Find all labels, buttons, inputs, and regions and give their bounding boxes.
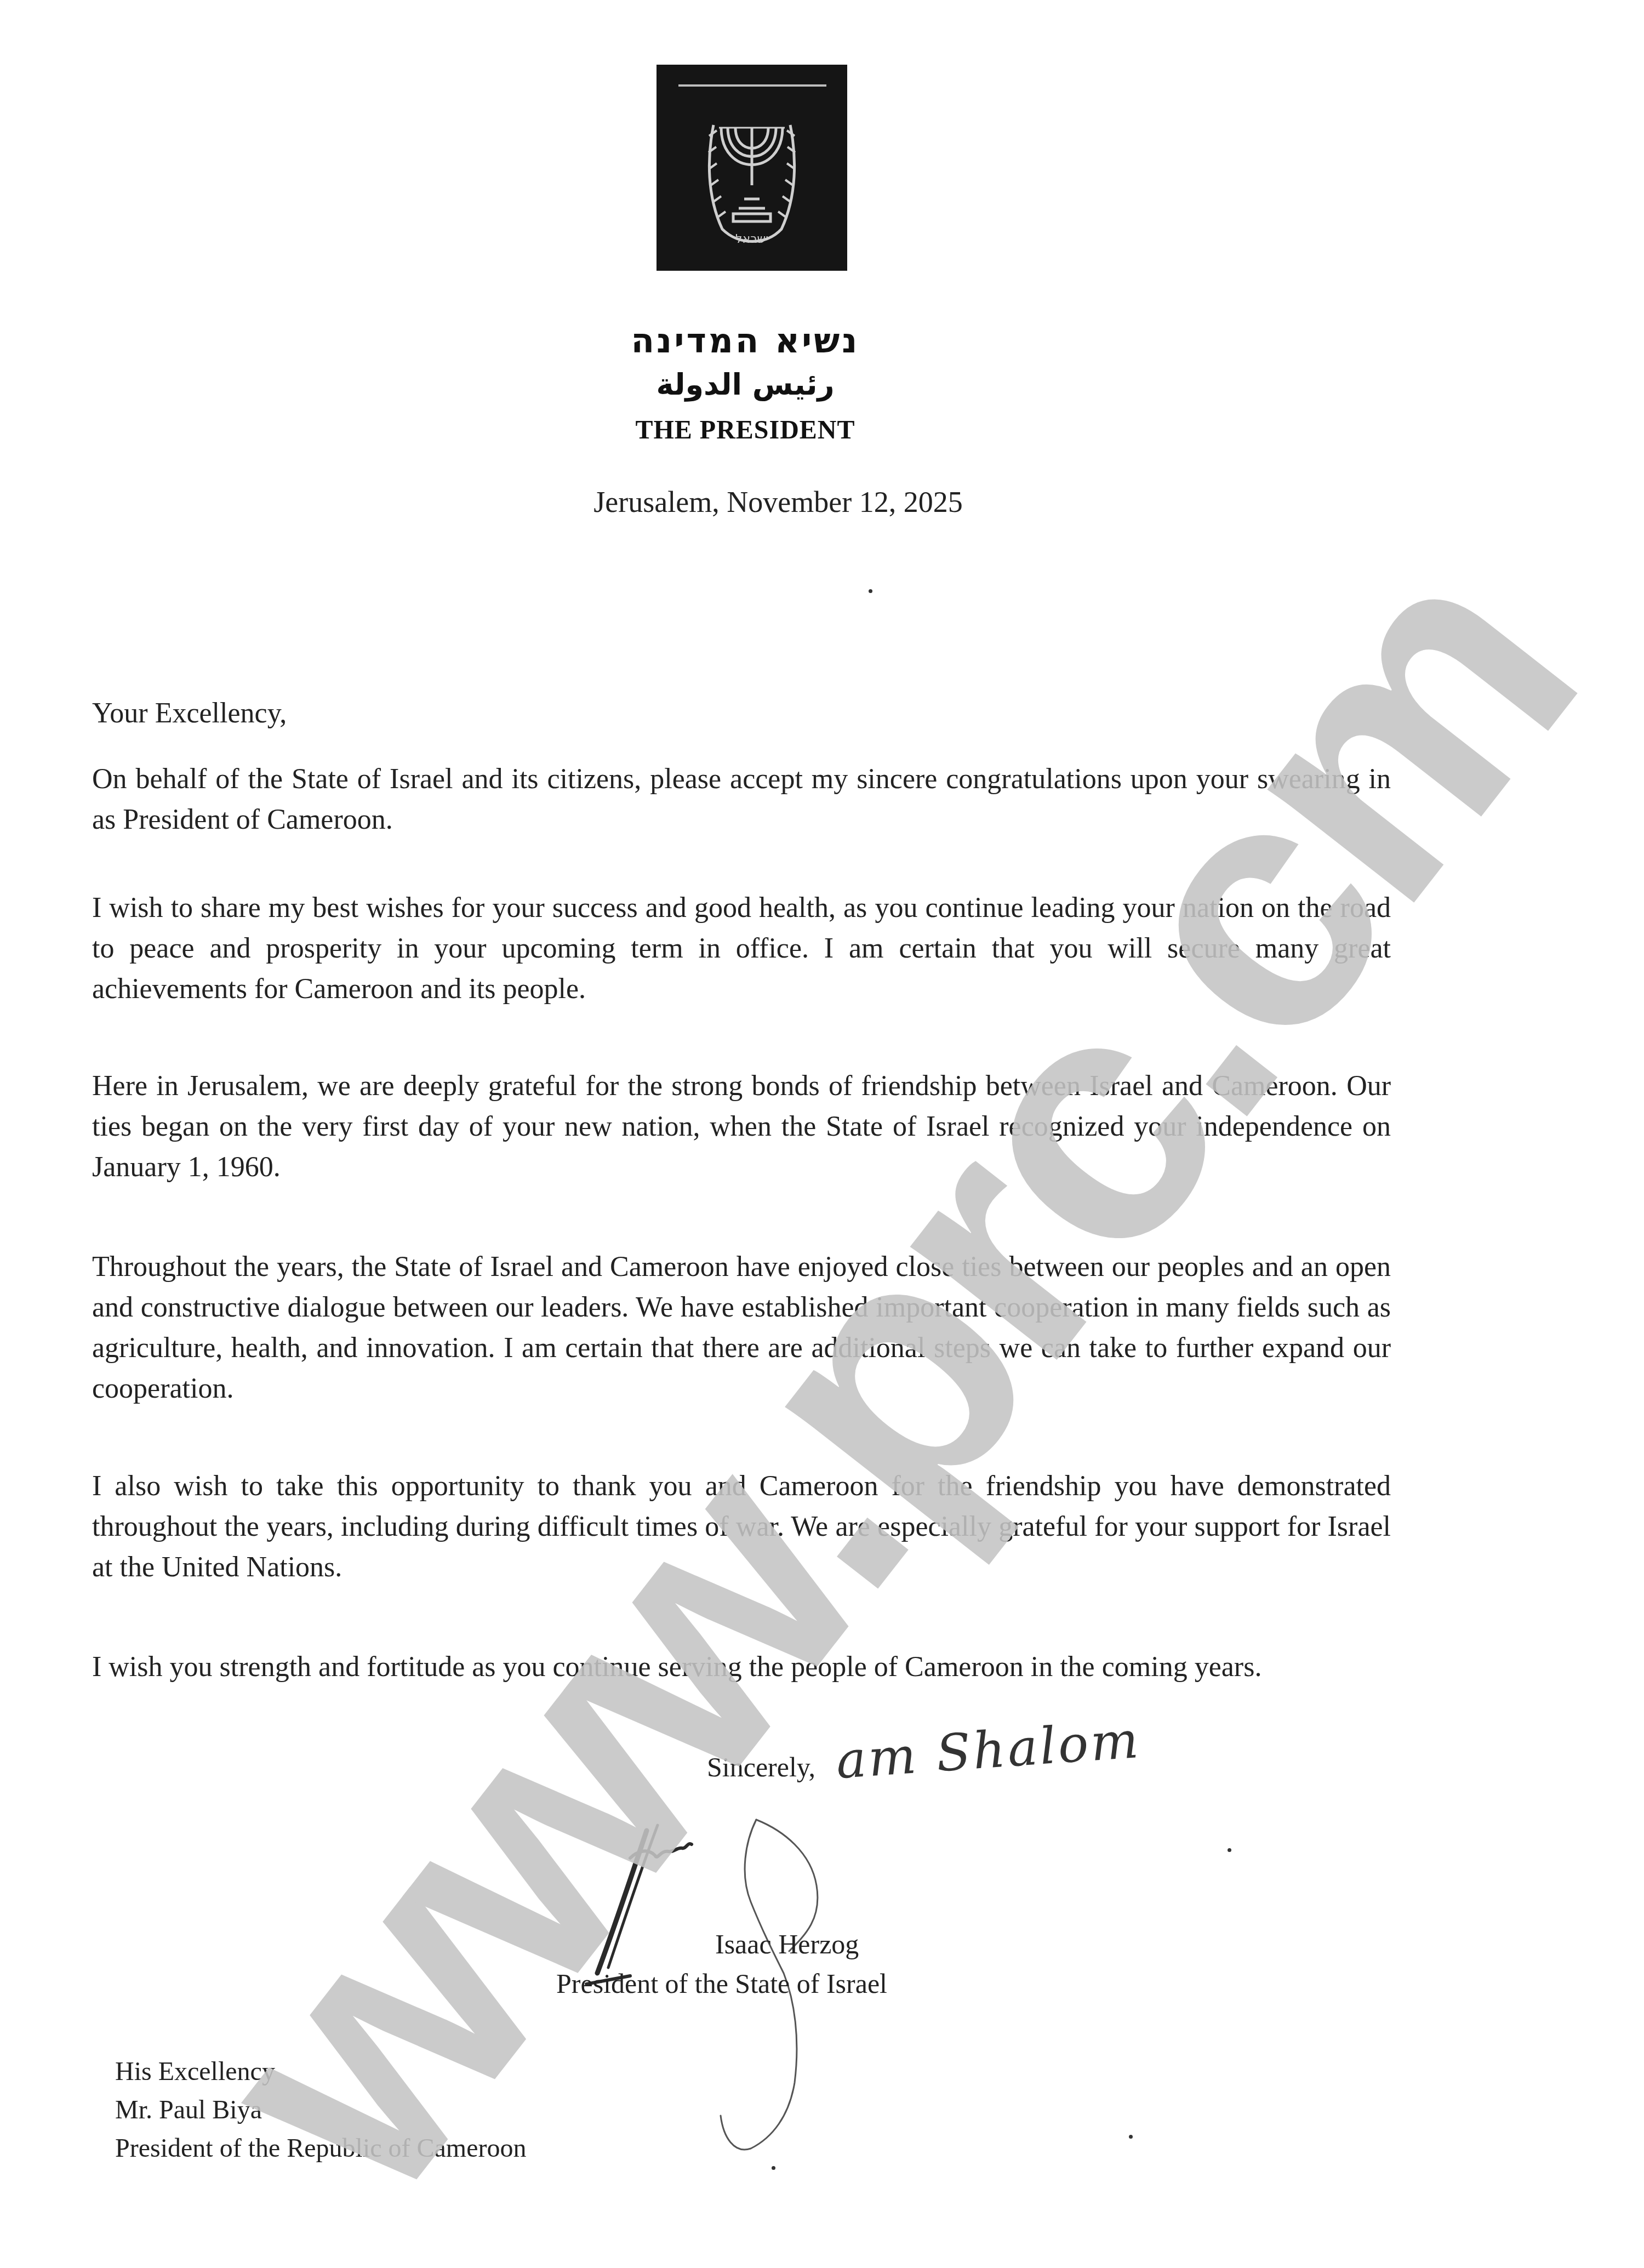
signer-title: President of the State of Israel xyxy=(556,1968,887,1999)
title-english: THE PRESIDENT xyxy=(0,415,1491,445)
handwritten-note: am Shalom xyxy=(834,1711,1143,1791)
menorah-icon: ישראל xyxy=(657,65,847,271)
scan-speck xyxy=(1228,1848,1231,1852)
dateline: Jerusalem, November 12, 2025 xyxy=(33,485,1523,519)
paragraph: Here in Jerusalem, we are deeply gratefu… xyxy=(92,1066,1391,1188)
paragraph: I wish you strength and fortitude as you… xyxy=(92,1647,1391,1688)
title-hebrew: נשיא המדינה xyxy=(0,321,1491,361)
scan-speck xyxy=(869,589,872,593)
scan-speck xyxy=(772,2166,775,2170)
signer-name: Isaac Herzog xyxy=(715,1928,859,1960)
svg-text:ישראל: ישראל xyxy=(735,232,768,246)
paragraph: I also wish to take this opportunity to … xyxy=(92,1466,1391,1588)
valediction: Sincerely, xyxy=(707,1751,815,1783)
addressee-honorific: His Excellency xyxy=(115,2053,527,2091)
addressee-name: Mr. Paul Biya xyxy=(115,2091,527,2129)
salutation: Your Excellency, xyxy=(92,693,1391,734)
emblem-of-israel-icon: ישראל xyxy=(657,65,847,271)
paragraph: Throughout the years, the State of Israe… xyxy=(92,1247,1391,1409)
signature-icon xyxy=(564,1809,1003,2192)
paragraph: On behalf of the State of Israel and its… xyxy=(92,759,1391,840)
scan-speck xyxy=(1129,2135,1133,2139)
addressee-block: His Excellency Mr. Paul Biya President o… xyxy=(115,2053,527,2168)
title-arabic: رئيس الدولة xyxy=(0,367,1491,402)
paragraph: I wish to share my best wishes for your … xyxy=(92,888,1391,1010)
letter-page: ישראל נשיא המדינה رئيس الدولة THE PRESID… xyxy=(0,0,1644,2268)
addressee-title: President of the Republic of Cameroon xyxy=(115,2129,527,2168)
